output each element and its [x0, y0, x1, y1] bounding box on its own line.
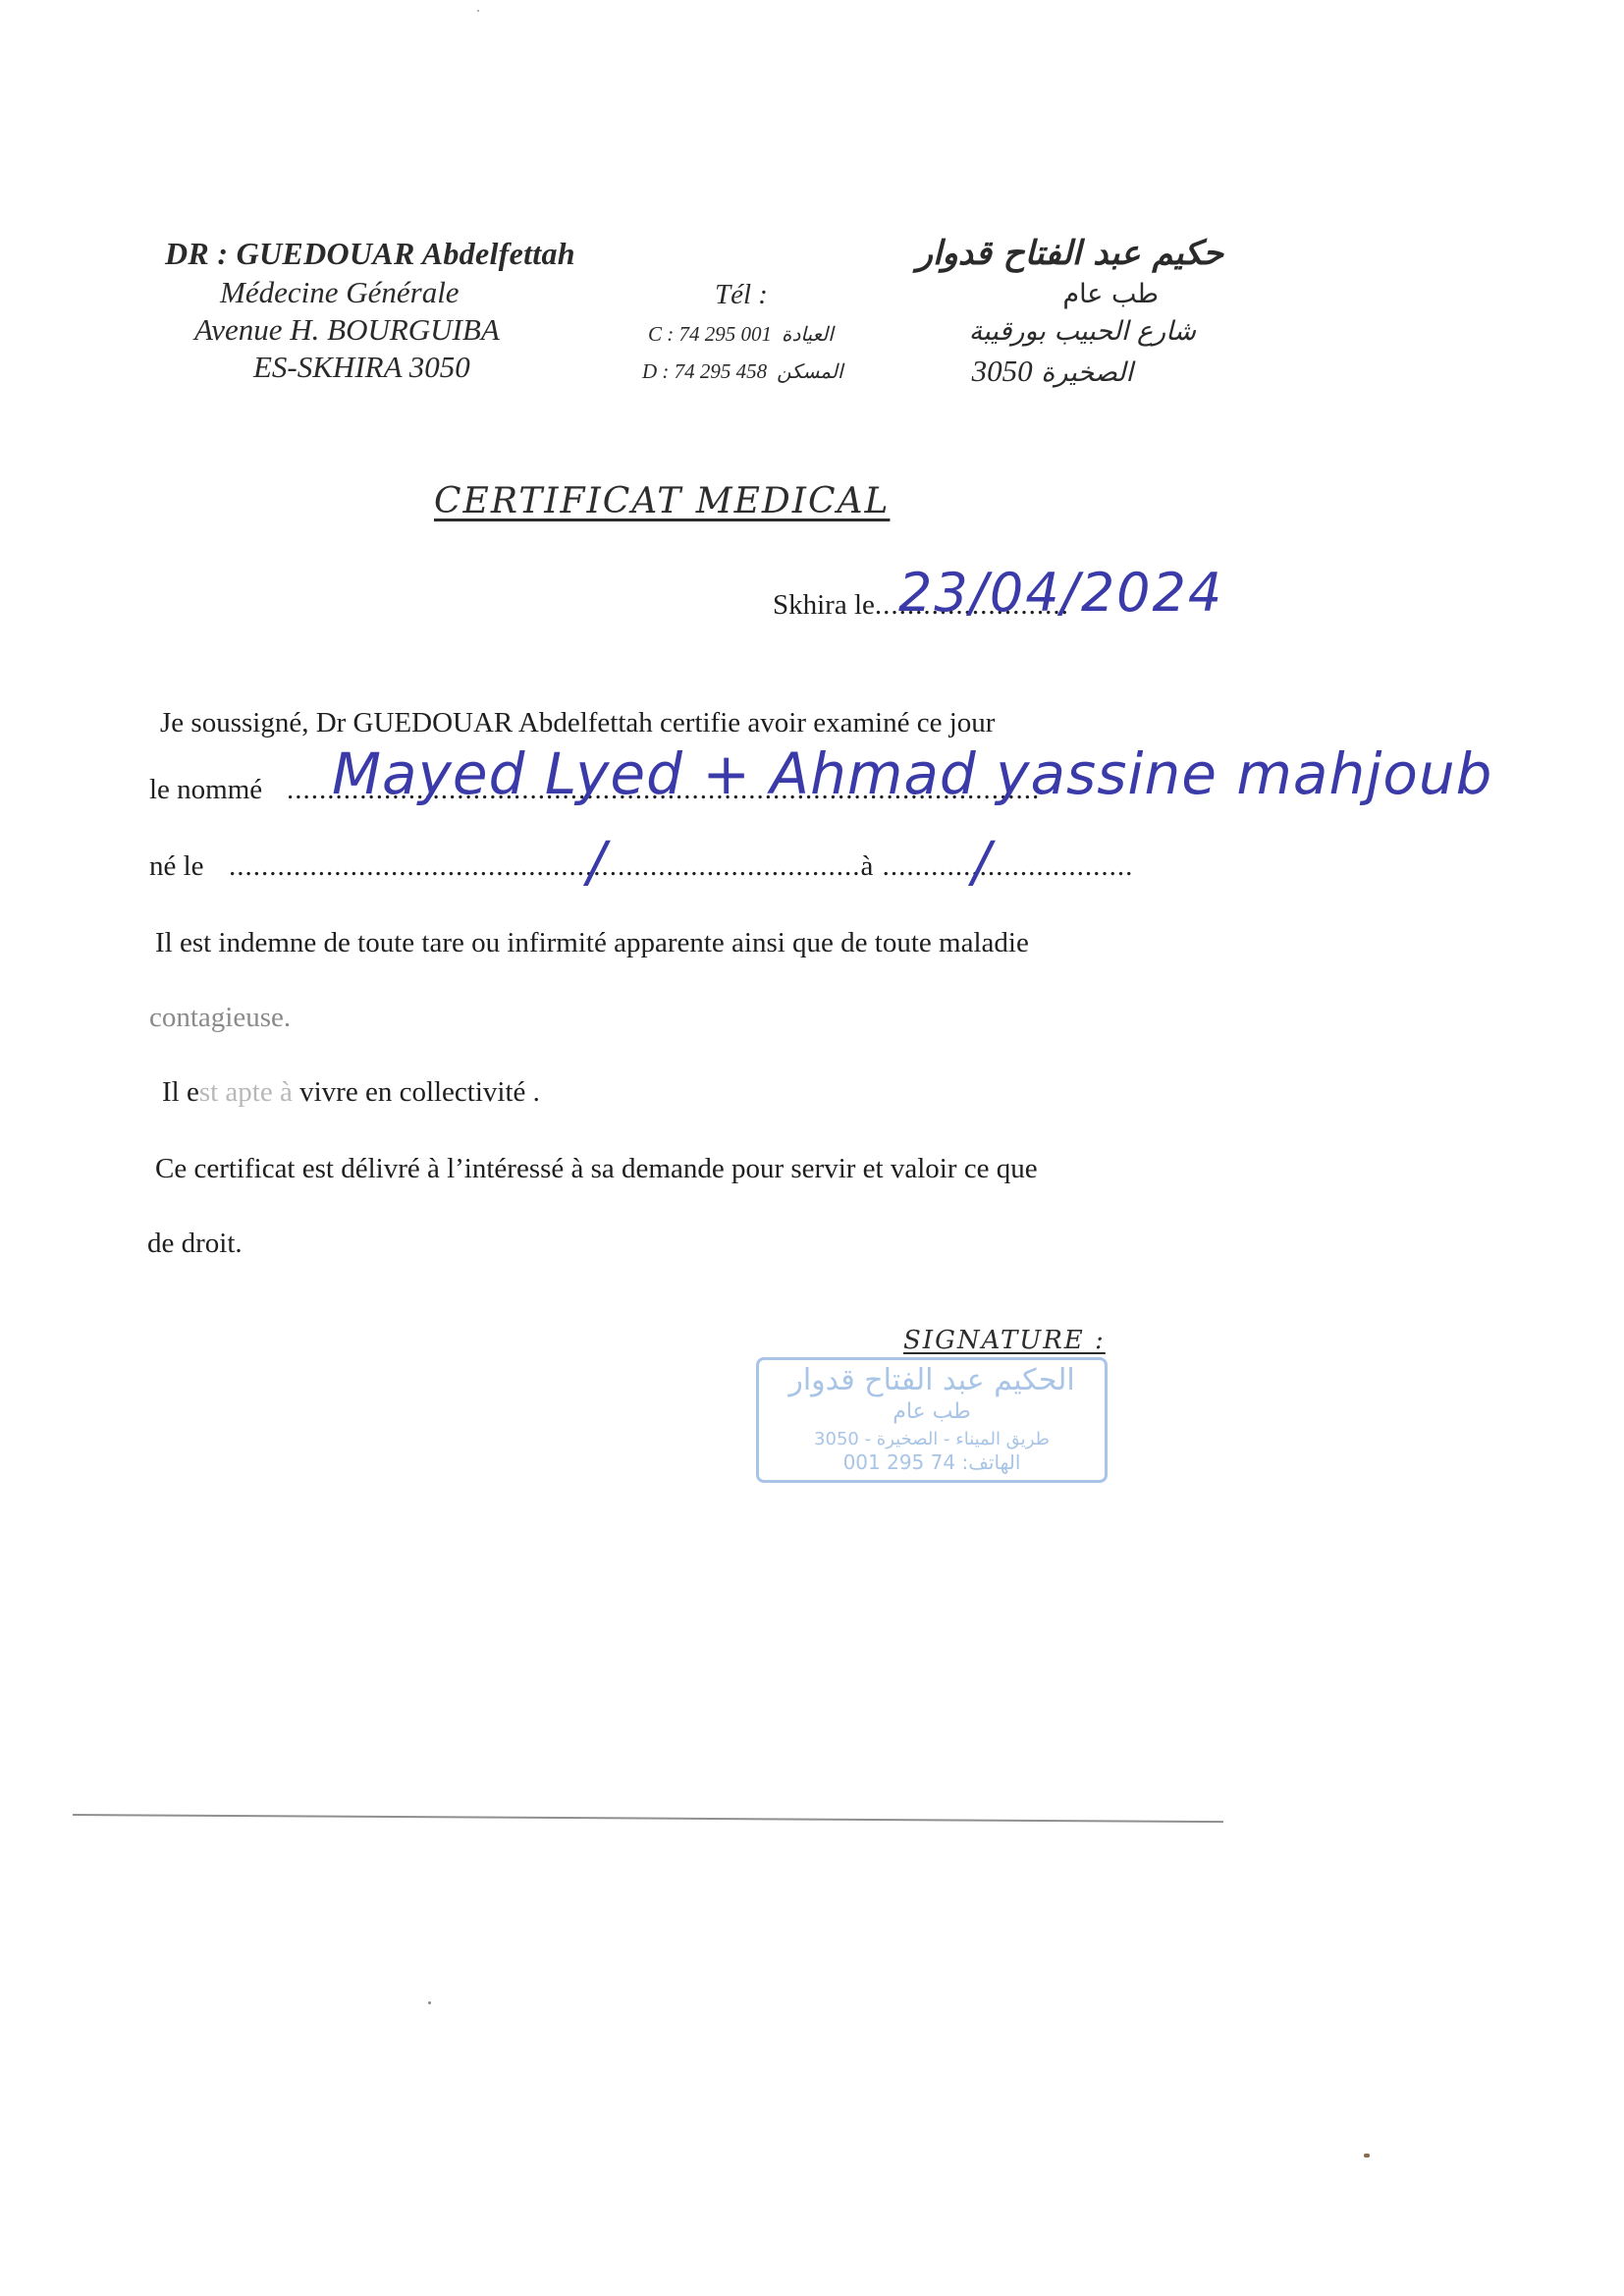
birth-date-handwritten: /	[587, 831, 606, 895]
statement-collectivity-start: Il e	[162, 1076, 199, 1108]
phone-domicile-label-ar: المسكن	[777, 359, 842, 383]
doctor-stamp: الحكيم عبد الفتاح قدوار طب عام طريق المي…	[756, 1357, 1108, 1483]
scan-speck	[1364, 2154, 1370, 2158]
statement-delivery: Ce certificat est délivré à l’intéressé …	[155, 1153, 1038, 1185]
certificate-title: CERTIFICAT MEDICAL	[434, 481, 890, 521]
stamp-name: الحكيم عبد الفتاح قدوار	[759, 1366, 1105, 1395]
stamp-specialty: طب عام	[759, 1401, 1105, 1423]
doctor-name-arabic: حكيم عبد الفتاح قدوار	[916, 234, 1223, 273]
doctor-city-arabic: الصخيرة 3050	[972, 354, 1133, 389]
name-label: le nommé	[149, 774, 262, 806]
statement-collectivity-end: vivre en collectivité .	[293, 1076, 540, 1108]
signature-label: SIGNATURE :	[903, 1326, 1106, 1355]
statement-collectivity-faded: st apte à	[199, 1076, 293, 1108]
city-arabic: الصخيرة	[1041, 357, 1133, 388]
patient-name-handwritten: Mayed Lyed + Ahmad yassine mahjoub	[332, 740, 1492, 807]
stamp-phone: الهاتف: 74 295 001	[759, 1452, 1105, 1472]
birth-place-handwritten: /	[972, 831, 991, 895]
statement-health: Il est indemne de toute tare ou infirmit…	[155, 927, 1029, 959]
intro-text: Je soussigné, Dr GUEDOUAR Abdelfettah ce…	[160, 707, 995, 739]
statement-delivery-continued: de droit.	[147, 1228, 243, 1260]
doctor-name: DR : GUEDOUAR Abdelfettah	[165, 236, 575, 272]
doctor-specialty: Médecine Générale	[220, 275, 460, 310]
phone-domicile: D : 74 295 458المسكن	[642, 359, 843, 384]
statement-collectivity: Il est apte à vivre en collectivité .	[162, 1076, 540, 1109]
scan-speck	[477, 10, 479, 12]
phone-cabinet-number: C : 74 295 001	[648, 322, 772, 346]
separator-line	[73, 1814, 1223, 1823]
phone-cabinet: C : 74 295 001العيادة	[648, 322, 834, 347]
stamp-address: طريق الميناء - الصخيرة - 3050	[759, 1431, 1105, 1449]
phone-cabinet-label-ar: العيادة	[782, 322, 834, 346]
doctor-address-arabic: شارع الحبيب بورقيبة	[969, 316, 1196, 347]
birth-label: né le	[149, 850, 204, 883]
postal-code: 3050	[972, 354, 1033, 388]
doctor-address: Avenue H. BOURGUIBA	[194, 312, 500, 348]
birth-dots: ........................................…	[229, 850, 1133, 883]
date-label: Skhira le	[773, 589, 875, 621]
phone-domicile-number: D : 74 295 458	[642, 359, 767, 383]
doctor-specialty-arabic: طب عام	[1062, 279, 1159, 309]
statement-health-continued: contagieuse.	[149, 1002, 291, 1034]
date-handwritten: 23/04/2024	[898, 562, 1223, 624]
phone-label: Tél :	[715, 279, 768, 311]
scan-speck	[428, 2001, 431, 2004]
doctor-city: ES-SKHIRA 3050	[253, 350, 470, 385]
